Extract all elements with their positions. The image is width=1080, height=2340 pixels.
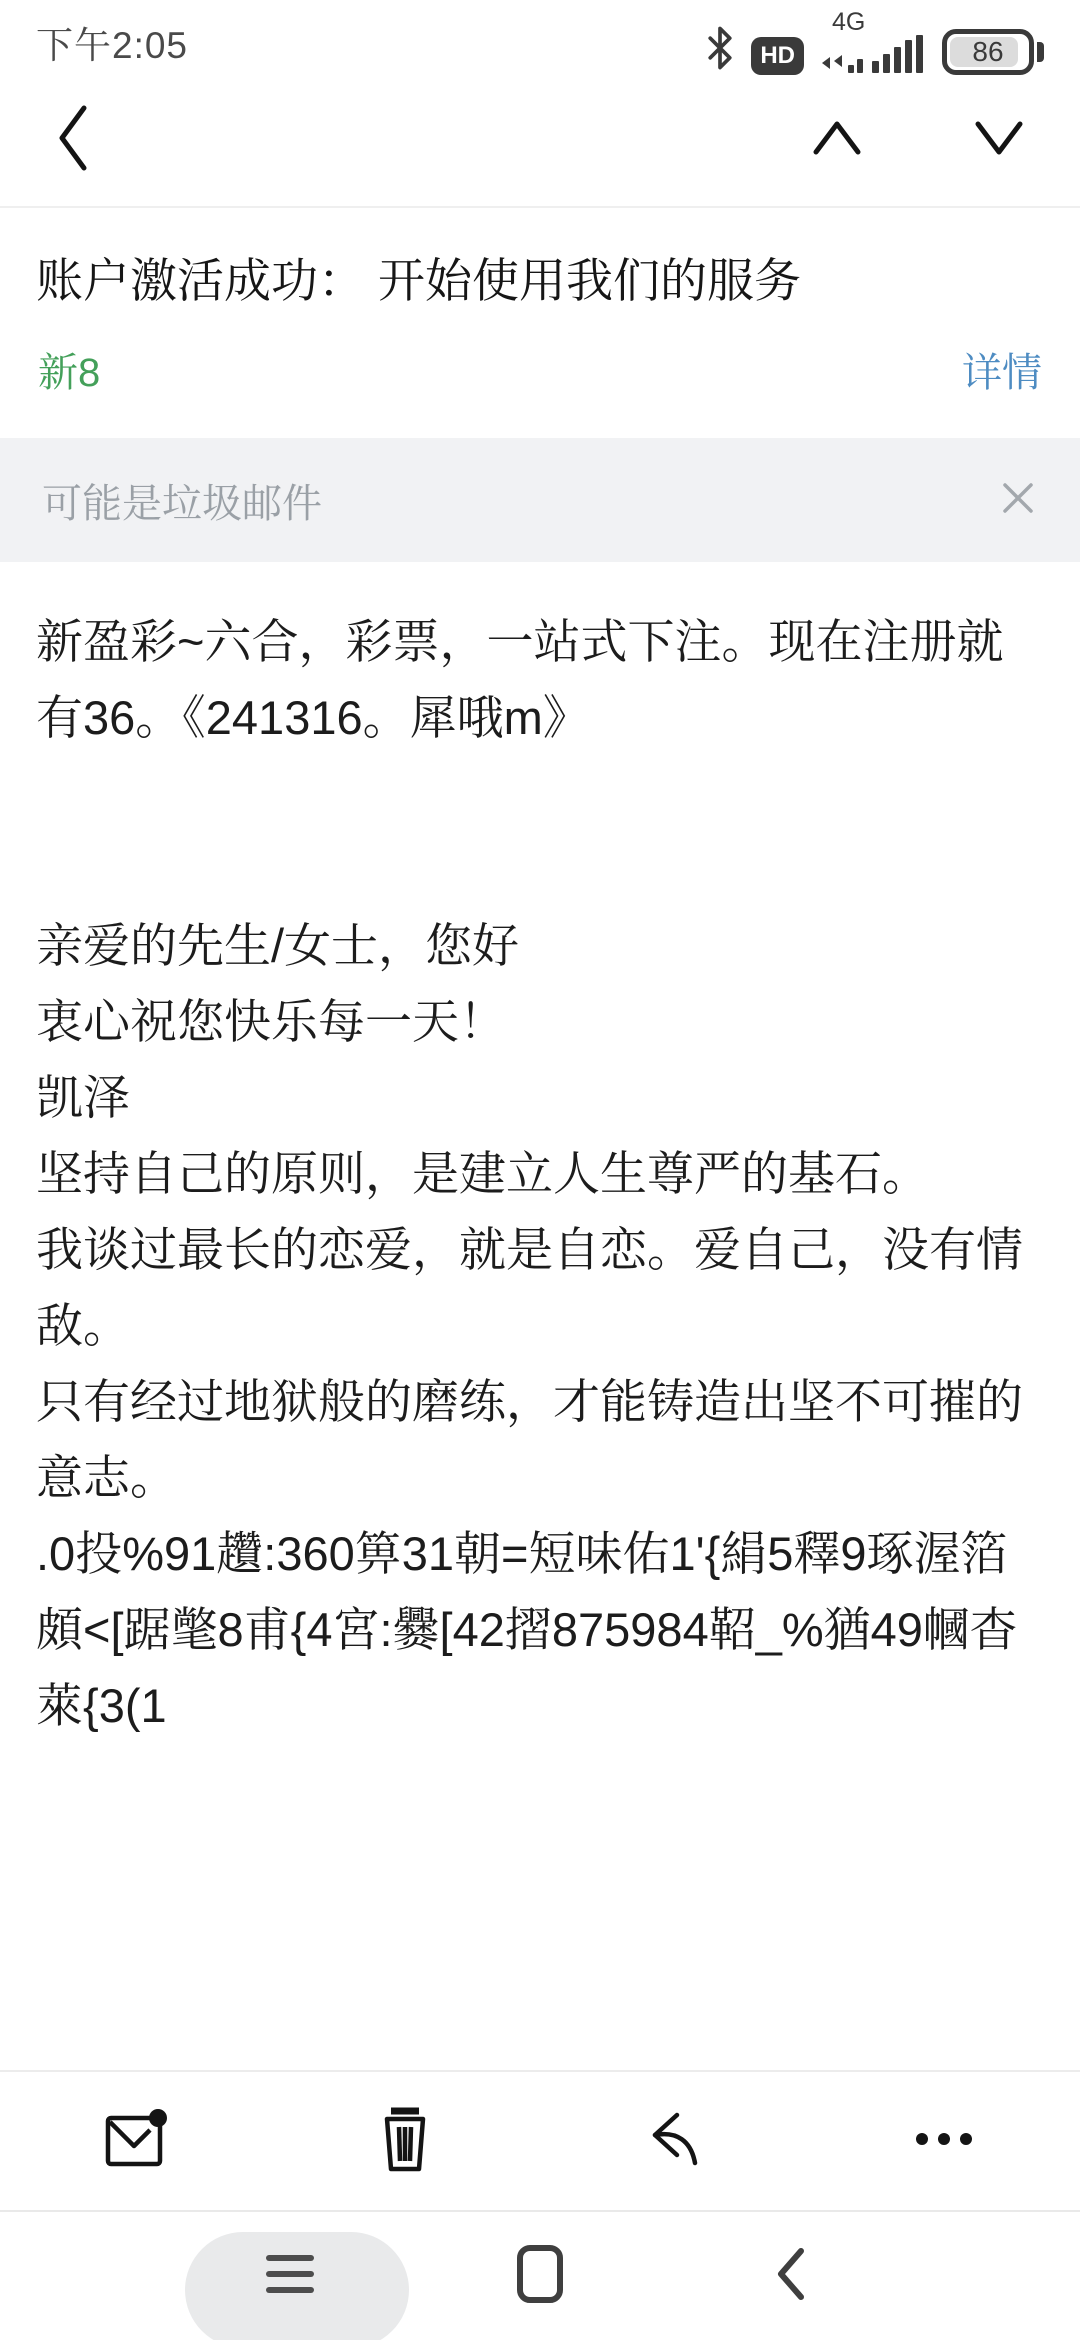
body-line: 只有经过地狱般的磨练，才能铸造出坚不可摧的 xyxy=(36,1364,1044,1440)
delete-button[interactable] xyxy=(357,2105,453,2178)
chevron-up-icon xyxy=(808,118,866,163)
signal-icon: 4G xyxy=(820,10,926,75)
menu-nav-button[interactable] xyxy=(263,2251,317,2302)
status-bar: 下午2:05 HD 4G xyxy=(0,0,1080,74)
body-line: .0投%91趲:360箅31朝=短味佑1'{絹5釋9琢渥箔 xyxy=(36,1516,1044,1592)
close-icon xyxy=(998,478,1038,523)
body-line: 意志。 xyxy=(36,1440,1044,1516)
body-line: 我谈过最长的恋爱，就是自恋。爱自己，没有情 xyxy=(36,1212,1044,1288)
bluetooth-icon xyxy=(705,26,735,75)
top-nav-row xyxy=(0,74,1080,208)
body-line: 敌。 xyxy=(36,1288,1044,1364)
reply-button[interactable] xyxy=(627,2107,723,2176)
email-detail-screen: 下午2:05 HD 4G xyxy=(0,0,1080,2340)
body-line: 衷心祝您快乐每一天！ xyxy=(36,984,1044,1060)
email-body: 新盈彩~六合，彩票，一站式下注。现在注册就 有36。《241316。犀哦m》 亲… xyxy=(0,562,1080,1744)
reply-arrow-icon xyxy=(643,2107,707,2176)
spam-warning-text: 可能是垃圾邮件 xyxy=(42,472,322,529)
menu-icon xyxy=(264,2251,316,2302)
spam-warning-banner: 可能是垃圾邮件 xyxy=(0,438,1080,562)
recents-nav-button[interactable] xyxy=(513,2244,567,2309)
dismiss-banner-button[interactable] xyxy=(998,478,1038,523)
system-nav-bar xyxy=(0,2210,1080,2340)
email-action-toolbar xyxy=(0,2070,1080,2210)
battery-nub xyxy=(1037,42,1044,62)
back-button[interactable] xyxy=(52,100,96,181)
unread-count-badge[interactable]: 新8 xyxy=(38,341,100,398)
message-pager xyxy=(808,118,1028,163)
body-line xyxy=(36,832,1044,908)
email-meta-row: 新8 详情 xyxy=(0,311,1080,398)
mark-unread-mail-icon xyxy=(100,2106,172,2177)
body-line: 亲爱的先生/女士，您好 xyxy=(36,908,1044,984)
status-icons: HD 4G xyxy=(705,10,1044,75)
previous-message-button[interactable] xyxy=(808,118,866,163)
back-chevron-icon xyxy=(773,2246,807,2307)
body-line: 新盈彩~六合，彩票，一站式下注。现在注册就 xyxy=(36,604,1044,680)
mark-unread-button[interactable] xyxy=(88,2106,184,2177)
details-link[interactable]: 详情 xyxy=(962,341,1042,398)
back-nav-button[interactable] xyxy=(763,2246,817,2307)
battery-icon: 86 xyxy=(942,29,1044,75)
trash-icon xyxy=(377,2105,433,2178)
hd-badge: HD xyxy=(751,37,804,75)
body-line: 有36。《241316。犀哦m》 xyxy=(36,680,1044,756)
more-button[interactable] xyxy=(896,2127,992,2156)
status-time: 下午2:05 xyxy=(36,15,188,69)
body-line: 坚持自己的原则，是建立人生尊严的基石。 xyxy=(36,1136,1044,1212)
body-line xyxy=(36,756,1044,832)
body-line: 頗<[踞氅8甫{4宮:爨[42摺875984鞀_%猶49幗杳 xyxy=(36,1592,1044,1668)
body-line: 凯泽 xyxy=(36,1060,1044,1136)
chevron-left-icon xyxy=(52,100,96,181)
next-message-button[interactable] xyxy=(970,118,1028,163)
body-line: 萊{3(1 xyxy=(36,1668,1044,1744)
more-ellipsis-icon xyxy=(912,2127,976,2156)
battery-percent: 86 xyxy=(972,36,1003,68)
email-subject: 账户激活成功： 开始使用我们的服务 xyxy=(0,208,1080,311)
chevron-down-icon xyxy=(970,118,1028,163)
network-type-label: 4G xyxy=(832,10,865,35)
recents-square-icon xyxy=(516,2244,564,2309)
